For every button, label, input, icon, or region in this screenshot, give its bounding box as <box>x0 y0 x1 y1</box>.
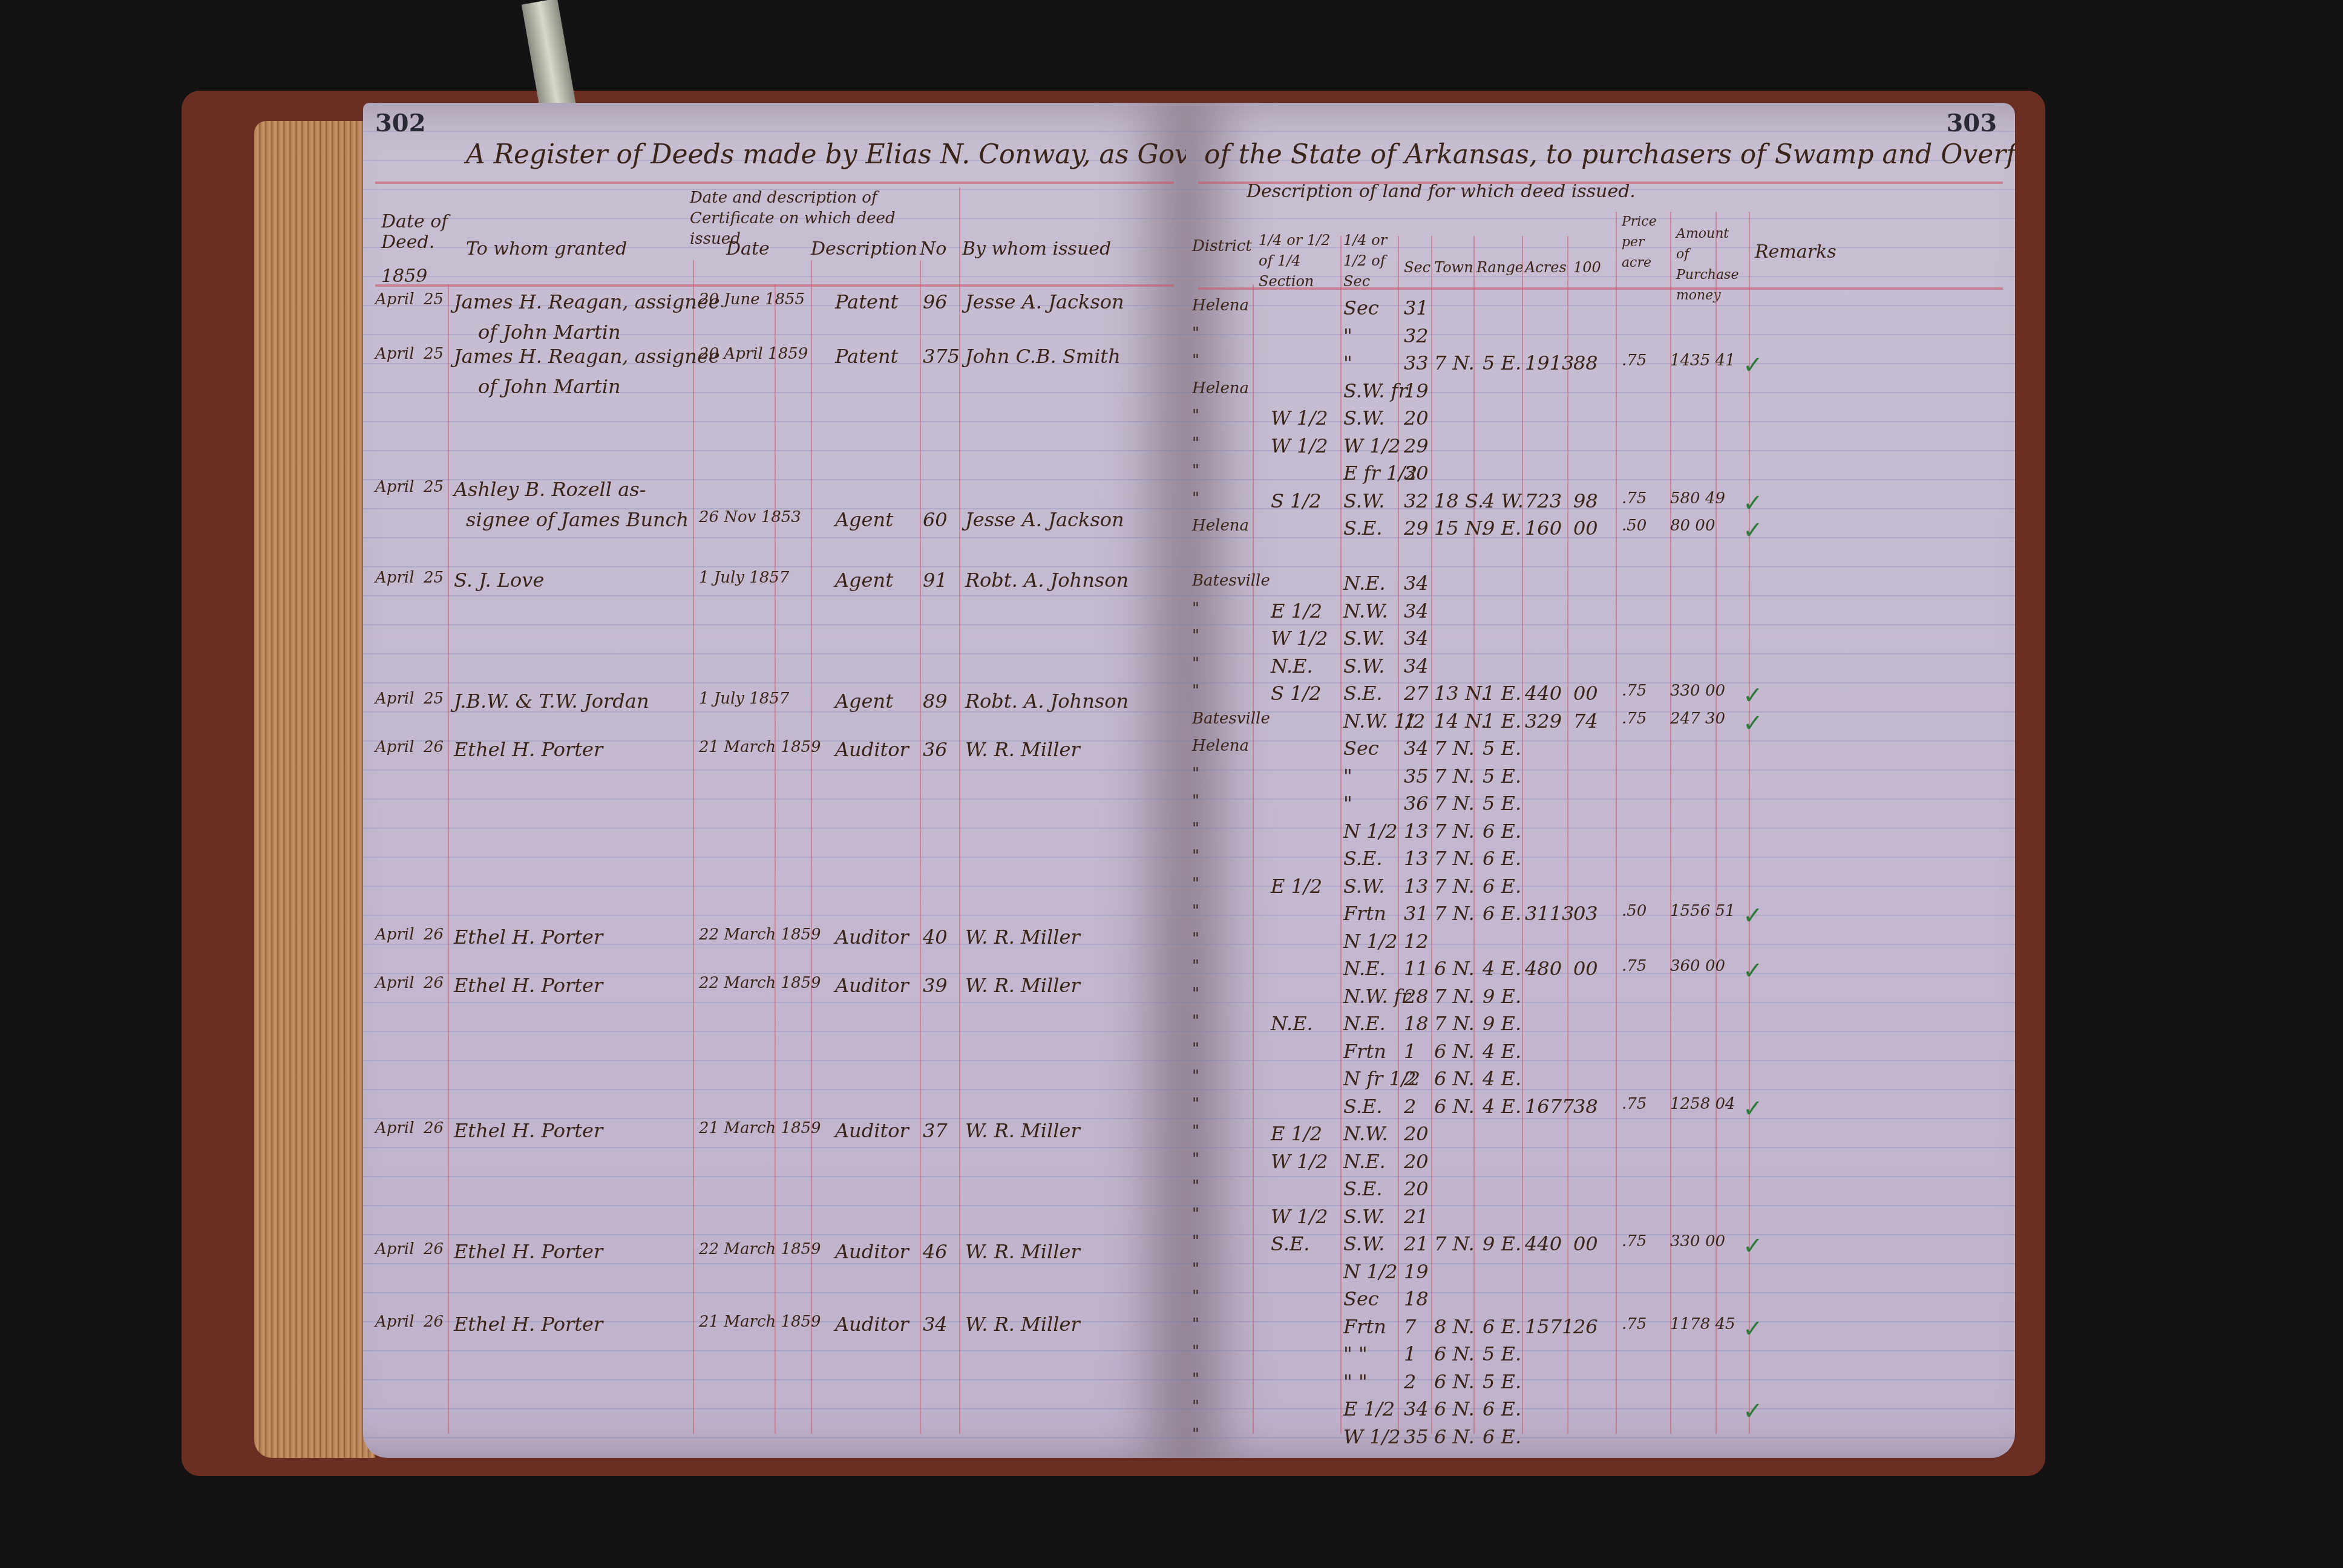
land-part: W 1/2 <box>1271 434 1328 457</box>
land-town: 7 N. <box>1434 765 1475 788</box>
land-acres: 1677 <box>1525 1095 1574 1118</box>
land-h: 74 <box>1573 710 1598 733</box>
land-town: 6 N. <box>1434 1095 1475 1118</box>
land-h: 98 <box>1573 489 1598 512</box>
land-quarter: N.E. <box>1343 1012 1386 1035</box>
land-town: 18 S. <box>1434 489 1484 512</box>
land-district: " <box>1192 1150 1199 1168</box>
land-quarter: S.E. <box>1343 682 1382 705</box>
header-acres: Acres <box>1525 257 1567 278</box>
land-range: 6 E. <box>1483 902 1521 925</box>
header-description: Description <box>811 239 917 260</box>
land-quarter: " " <box>1343 1342 1368 1365</box>
land-sec: 20 <box>1404 1122 1429 1145</box>
header-land-group: Description of land for which deed issue… <box>1247 181 1636 202</box>
land-amount: 1178 45 <box>1670 1315 1735 1333</box>
land-district: " <box>1192 407 1199 425</box>
land-sec: 36 <box>1404 792 1429 815</box>
land-district: " <box>1192 765 1199 783</box>
land-amount: 360 00 <box>1670 957 1725 975</box>
land-check: ✓ <box>1743 902 1763 930</box>
land-quarter: S.E. <box>1343 517 1382 540</box>
land-district: " <box>1192 1287 1199 1305</box>
land-range: 5 E. <box>1483 792 1521 815</box>
land-range: 1 E. <box>1483 710 1521 733</box>
land-quarter: N.W. <box>1343 599 1388 622</box>
land-range: 9 E. <box>1483 1232 1521 1255</box>
land-town: 7 N. <box>1434 902 1475 925</box>
land-check: ✓ <box>1743 1397 1763 1425</box>
land-acres: 440 <box>1525 1232 1562 1255</box>
land-sec: 28 <box>1404 985 1429 1008</box>
land-price: .75 <box>1622 957 1647 975</box>
header-town: Town <box>1434 257 1473 278</box>
land-check: ✓ <box>1743 957 1763 985</box>
land-district: " <box>1192 930 1199 948</box>
land-district: " <box>1192 1342 1199 1361</box>
page-number-left: 302 <box>375 109 426 137</box>
land-town: 7 N. <box>1434 820 1475 843</box>
land-sec: 20 <box>1404 1150 1429 1173</box>
land-town: 6 N. <box>1434 1342 1475 1365</box>
land-sec: 27 <box>1404 682 1429 705</box>
land-town: 6 N. <box>1434 1370 1475 1393</box>
land-quarter: Frtn <box>1343 1040 1386 1063</box>
land-district: Batesville <box>1192 572 1270 590</box>
land-district: " <box>1192 1040 1199 1058</box>
land-amount: 1258 04 <box>1670 1095 1735 1113</box>
land-part: W 1/2 <box>1271 1205 1328 1228</box>
land-part: W 1/2 <box>1271 627 1328 650</box>
land-sec: 12 <box>1404 930 1429 953</box>
land-part: E 1/2 <box>1271 599 1322 622</box>
land-sec: 34 <box>1404 572 1429 595</box>
header-date: Date <box>726 239 770 260</box>
land-check: ✓ <box>1743 682 1763 710</box>
land-town: 6 N. <box>1434 1040 1475 1063</box>
land-quarter: W 1/2 <box>1343 434 1401 457</box>
land-sec: 33 <box>1404 351 1429 374</box>
land-town: 7 N. <box>1434 875 1475 898</box>
land-district: " <box>1192 1122 1199 1140</box>
land-quarter: N 1/2 <box>1343 820 1398 843</box>
land-check: ✓ <box>1743 517 1763 544</box>
land-town: 7 N. <box>1434 1232 1475 1255</box>
land-town: 7 N. <box>1434 792 1475 815</box>
land-district: " <box>1192 1425 1199 1443</box>
left-page: 302 A Register of Deeds made by Elias N.… <box>363 103 1186 1458</box>
land-district: " <box>1192 847 1199 865</box>
header-sec: Sec <box>1404 257 1430 278</box>
land-price: .75 <box>1622 351 1647 370</box>
land-district: " <box>1192 1205 1199 1223</box>
land-quarter: S.W. <box>1343 875 1384 898</box>
land-district: " <box>1192 351 1199 370</box>
land-quarter: Frtn <box>1343 1315 1386 1338</box>
land-district: " <box>1192 627 1199 645</box>
header-price: Price per acre <box>1622 212 1670 273</box>
land-sec: 13 <box>1404 820 1429 843</box>
land-check: ✓ <box>1743 1095 1763 1123</box>
header-by-whom-issued: By whom issued <box>962 239 1111 260</box>
land-acres: 440 <box>1525 682 1562 705</box>
land-amount: 247 30 <box>1670 710 1725 728</box>
land-quarter: N.W. fr <box>1343 985 1411 1008</box>
land-town: 6 N. <box>1434 1067 1475 1090</box>
land-quarter: N 1/2 <box>1343 930 1398 953</box>
land-quarter: N.E. <box>1343 1150 1386 1173</box>
land-range: 4 E. <box>1483 957 1521 980</box>
land-acres: 723 <box>1525 489 1562 512</box>
land-h: 00 <box>1573 682 1598 705</box>
land-range: 6 E. <box>1483 820 1521 843</box>
land-sec: 29 <box>1404 517 1429 540</box>
land-range: 5 E. <box>1483 1342 1521 1365</box>
land-sec: 19 <box>1404 1260 1429 1283</box>
land-amount: 330 00 <box>1670 682 1725 700</box>
land-sec: 19 <box>1404 379 1429 402</box>
land-sec: 2 <box>1404 1095 1416 1118</box>
land-sec: 34 <box>1404 1397 1429 1420</box>
land-district: " <box>1192 324 1199 342</box>
land-quarter: S.W. fr. <box>1343 379 1411 402</box>
land-district: Helena <box>1192 737 1249 755</box>
land-district: " <box>1192 1315 1199 1333</box>
land-check: ✓ <box>1743 1315 1763 1343</box>
land-range: 5 E. <box>1483 765 1521 788</box>
land-town: 6 N. <box>1434 957 1475 980</box>
land-price: .50 <box>1622 902 1647 920</box>
land-range: 6 E. <box>1483 875 1521 898</box>
land-amount: 1556 51 <box>1670 902 1735 920</box>
land-quarter: Frtn <box>1343 902 1386 925</box>
land-district: " <box>1192 1397 1199 1416</box>
land-sec: 35 <box>1404 1425 1429 1448</box>
land-h: 03 <box>1573 902 1598 925</box>
land-sec: 32 <box>1404 324 1429 347</box>
header-range: Range <box>1476 257 1524 278</box>
header-date-of-deed: Date of Deed. <box>381 212 460 253</box>
land-range: 4 E. <box>1483 1095 1521 1118</box>
land-district: " <box>1192 957 1199 975</box>
land-quarter: S.E. <box>1343 1095 1382 1118</box>
land-district: " <box>1192 792 1199 810</box>
header-to-whom-granted: To whom granted <box>466 239 627 260</box>
land-sec: 18 <box>1404 1287 1429 1310</box>
land-district: " <box>1192 875 1199 893</box>
land-part: N.E. <box>1271 655 1313 678</box>
land-quarter: N 1/2 <box>1343 1260 1398 1283</box>
land-amount: 330 00 <box>1670 1232 1725 1250</box>
land-check: ✓ <box>1743 489 1763 517</box>
land-acres: 1913 <box>1525 351 1574 374</box>
land-range: 5 E. <box>1483 1370 1521 1393</box>
land-quarter: S.W. <box>1343 655 1384 678</box>
land-range: 4 W. <box>1483 489 1524 512</box>
land-district: " <box>1192 1370 1199 1388</box>
land-district: " <box>1192 599 1199 618</box>
land-district: " <box>1192 462 1199 480</box>
land-acres: 3113 <box>1525 902 1574 925</box>
land-sec: 13 <box>1404 847 1429 870</box>
land-sec: 34 <box>1404 627 1429 650</box>
land-sec: 35 <box>1404 765 1429 788</box>
land-range: 5 E. <box>1483 737 1521 760</box>
land-quarter: " <box>1343 351 1352 374</box>
land-town: 8 N. <box>1434 1315 1475 1338</box>
land-price: .75 <box>1622 1315 1647 1333</box>
land-district: " <box>1192 1095 1199 1113</box>
land-sec: 2 <box>1404 1067 1416 1090</box>
land-acres: 480 <box>1525 957 1562 980</box>
header-no: No <box>920 239 946 260</box>
land-quarter: " <box>1343 792 1352 815</box>
land-range: 4 E. <box>1483 1040 1521 1063</box>
land-sec: 34 <box>1404 655 1429 678</box>
land-part: W 1/2 <box>1271 407 1328 430</box>
land-range: 9 E. <box>1483 985 1521 1008</box>
land-acres: 160 <box>1525 517 1562 540</box>
land-h: 00 <box>1573 517 1598 540</box>
land-town: 13 N. <box>1434 682 1487 705</box>
land-h: 00 <box>1573 957 1598 980</box>
land-sec: 20 <box>1404 1177 1429 1200</box>
land-district: " <box>1192 820 1199 838</box>
land-town: 7 N. <box>1434 351 1475 374</box>
header-quarter-sec: 1/4 or 1/2 of Sec <box>1343 230 1398 292</box>
land-part: S.E. <box>1271 1232 1309 1255</box>
land-sec: 21 <box>1404 1205 1429 1228</box>
land-town: 7 N. <box>1434 1012 1475 1035</box>
land-range: 6 E. <box>1483 1315 1521 1338</box>
land-price: .75 <box>1622 682 1647 700</box>
land-acres: 1571 <box>1525 1315 1574 1338</box>
land-range: 1 E. <box>1483 682 1521 705</box>
land-sec: 34 <box>1404 599 1429 622</box>
land-quarter: E 1/2 <box>1343 1397 1395 1420</box>
land-check: ✓ <box>1743 351 1763 379</box>
land-sec: 31 <box>1404 296 1429 319</box>
land-district: " <box>1192 655 1199 673</box>
land-district: Helena <box>1192 379 1249 397</box>
land-sec: 21 <box>1404 1232 1429 1255</box>
land-quarter: N.E. <box>1343 957 1386 980</box>
land-h: 00 <box>1573 1232 1598 1255</box>
land-check: ✓ <box>1743 1232 1763 1260</box>
land-amount: 1435 41 <box>1670 351 1735 370</box>
land-h: 26 <box>1573 1315 1598 1338</box>
land-price: .75 <box>1622 710 1647 728</box>
land-range: 9 E. <box>1483 517 1521 540</box>
land-quarter: " <box>1343 324 1352 347</box>
land-district: " <box>1192 1260 1199 1278</box>
land-sec: 34 <box>1404 737 1429 760</box>
land-price: .75 <box>1622 1095 1647 1113</box>
land-range: 4 E. <box>1483 1067 1521 1090</box>
land-district: " <box>1192 1012 1199 1030</box>
land-part: E 1/2 <box>1271 875 1322 898</box>
land-district: " <box>1192 985 1199 1003</box>
page-edges <box>254 121 375 1458</box>
land-sec: 2 <box>1404 1370 1416 1393</box>
land-quarter: S.W. <box>1343 407 1384 430</box>
land-range: 6 E. <box>1483 1425 1521 1448</box>
land-town: 7 N. <box>1434 985 1475 1008</box>
land-district: " <box>1192 682 1199 700</box>
land-quarter: " <box>1343 765 1352 788</box>
header-part-quarter: 1/4 or 1/2 of 1/4 Section <box>1259 230 1337 292</box>
header-year: 1859 <box>381 266 427 287</box>
header-amount: Amount of Purchase money <box>1676 224 1743 306</box>
land-part: N.E. <box>1271 1012 1313 1035</box>
land-h: 88 <box>1573 351 1598 374</box>
land-sec: 1 <box>1404 1040 1416 1063</box>
land-district: Batesville <box>1192 710 1270 728</box>
land-quarter: S.W. <box>1343 1232 1384 1255</box>
land-amount: 580 49 <box>1670 489 1725 508</box>
land-check: ✓ <box>1743 710 1763 737</box>
land-sec: 13 <box>1404 875 1429 898</box>
land-range: 6 E. <box>1483 847 1521 870</box>
land-sec: 7 <box>1404 1315 1416 1338</box>
land-town: 6 N. <box>1434 1397 1475 1420</box>
land-quarter: S.E. <box>1343 847 1382 870</box>
page-title-right: of the State of Arkansas, to purchasers … <box>1204 139 2015 170</box>
land-town: 15 N. <box>1434 517 1487 540</box>
land-h: 38 <box>1573 1095 1598 1118</box>
land-price: .75 <box>1622 489 1647 508</box>
land-sec: 32 <box>1404 489 1429 512</box>
land-quarter: S.W. <box>1343 627 1384 650</box>
header-hundredths: 100 <box>1573 257 1601 278</box>
land-district: Helena <box>1192 296 1249 315</box>
land-quarter: " " <box>1343 1370 1368 1393</box>
land-quarter: W 1/2 <box>1343 1425 1401 1448</box>
land-town: 7 N. <box>1434 737 1475 760</box>
land-quarter: S.W. <box>1343 1205 1384 1228</box>
land-quarter: N.E. <box>1343 572 1386 595</box>
land-town: 14 N. <box>1434 710 1487 733</box>
land-district: " <box>1192 489 1199 508</box>
land-range: 5 E. <box>1483 351 1521 374</box>
land-amount: 80 00 <box>1670 517 1715 535</box>
land-range: 6 E. <box>1483 1397 1521 1420</box>
land-quarter: S.W. <box>1343 489 1384 512</box>
land-part: S 1/2 <box>1271 682 1322 705</box>
land-quarter: Sec <box>1343 1287 1379 1310</box>
land-range: 9 E. <box>1483 1012 1521 1035</box>
page-number-right: 303 <box>1947 109 1997 137</box>
land-sec: 20 <box>1404 407 1429 430</box>
land-sec: 18 <box>1404 1012 1429 1035</box>
land-acres: 329 <box>1525 710 1562 733</box>
right-page: 303 of the State of Arkansas, to purchas… <box>1186 103 2015 1458</box>
land-sec: 31 <box>1404 902 1429 925</box>
land-sec: 1 <box>1404 1342 1416 1365</box>
land-quarter: Sec <box>1343 296 1379 319</box>
land-town: 6 N. <box>1434 1425 1475 1448</box>
land-quarter: S.E. <box>1343 1177 1382 1200</box>
land-district: " <box>1192 1177 1199 1195</box>
page-title-left: A Register of Deeds made by Elias N. Con… <box>466 139 1186 170</box>
land-sec: 30 <box>1404 462 1429 485</box>
land-sec: 11 <box>1404 957 1429 980</box>
land-district: " <box>1192 902 1199 920</box>
land-quarter: Sec <box>1343 737 1379 760</box>
land-price: .50 <box>1622 517 1647 535</box>
land-price: .75 <box>1622 1232 1647 1250</box>
land-part: S 1/2 <box>1271 489 1322 512</box>
land-sec: 29 <box>1404 434 1429 457</box>
land-district: " <box>1192 434 1199 452</box>
land-part: E 1/2 <box>1271 1122 1322 1145</box>
header-district: District <box>1192 236 1252 256</box>
land-part: W 1/2 <box>1271 1150 1328 1173</box>
land-district: " <box>1192 1067 1199 1085</box>
header-remarks: Remarks <box>1755 242 1837 263</box>
land-district: Helena <box>1192 517 1249 535</box>
land-quarter: N.W. <box>1343 1122 1388 1145</box>
land-town: 7 N. <box>1434 847 1475 870</box>
land-sec: 1 <box>1404 710 1416 733</box>
land-district: " <box>1192 1232 1199 1250</box>
